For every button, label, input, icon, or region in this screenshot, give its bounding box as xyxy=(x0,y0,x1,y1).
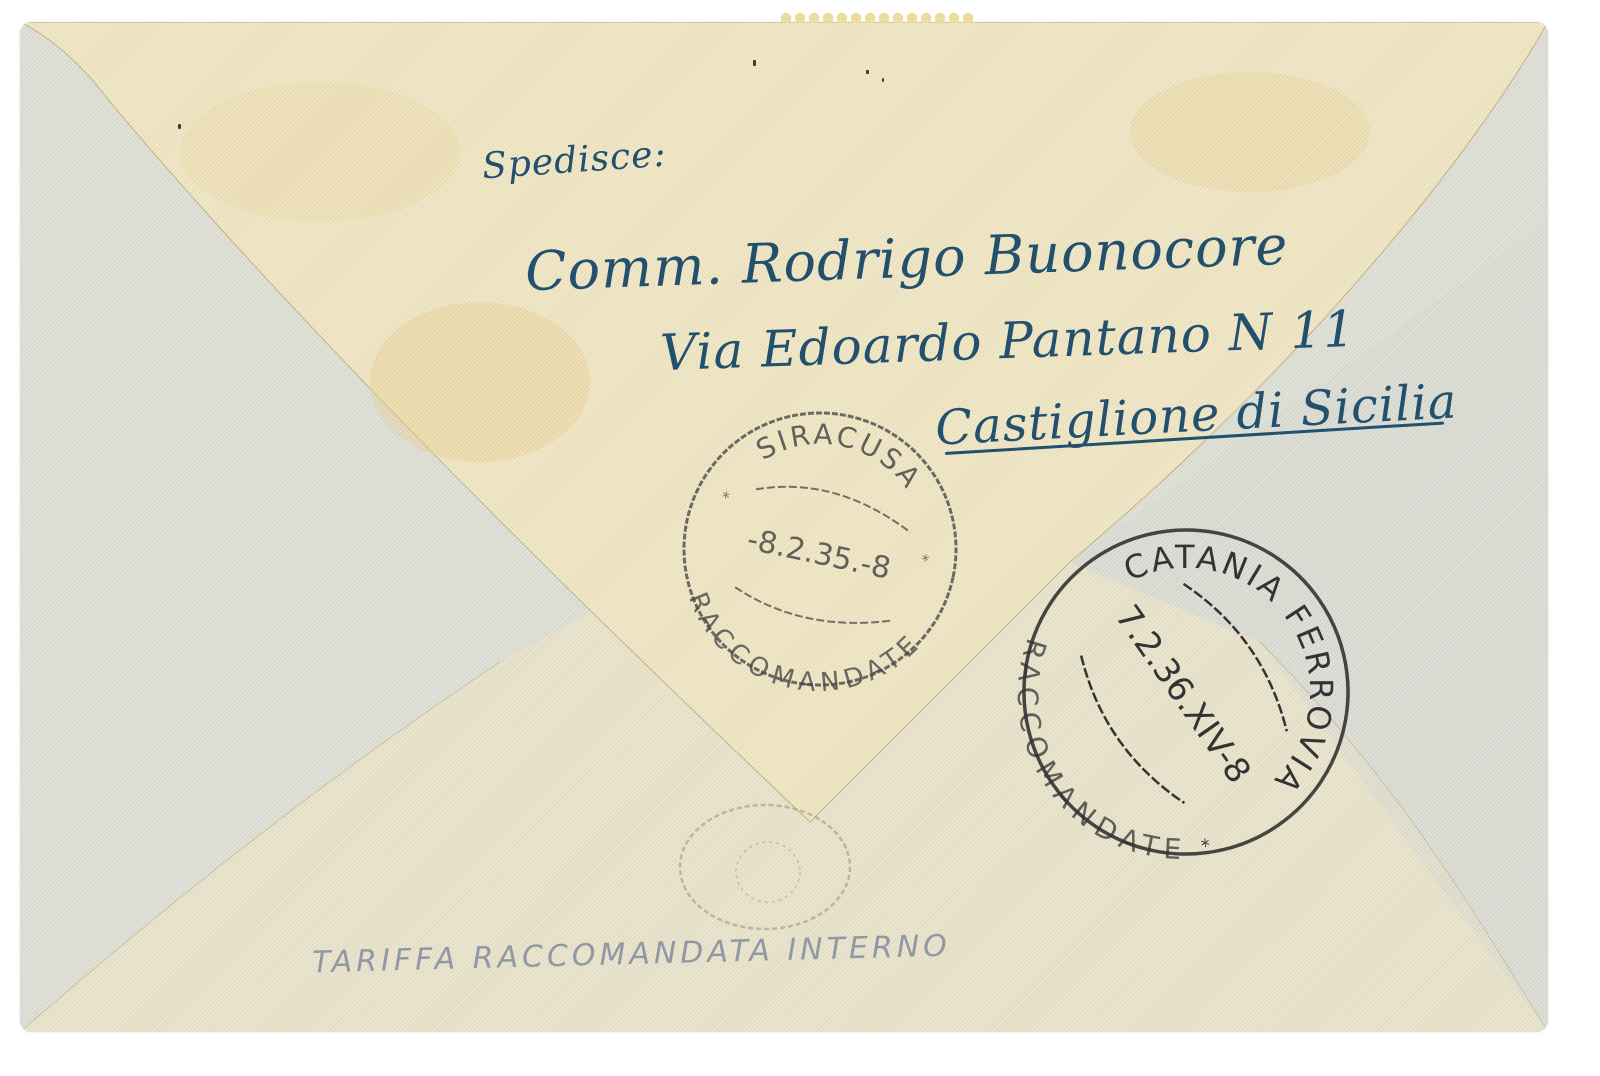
postmark-bottom-text: RACCOMANDATE xyxy=(675,583,929,694)
postmark-top-text: SIRACUSA xyxy=(745,404,936,500)
ink-speck xyxy=(178,124,181,129)
postmark-catania-ferrovia: CATANIA FERROVIA RACCOMANDATE 7.2.36.XIV… xyxy=(1016,522,1356,862)
envelope-back: Spedisce: Comm. Rodrigo Buonocore Via Ed… xyxy=(20,22,1548,1032)
postmark-siracusa: SIRACUSA RACCOMANDATE -8.2.35.-8 * * xyxy=(675,404,965,694)
postmark-date: -8.2.35.-8 xyxy=(744,522,894,587)
svg-text:*: * xyxy=(919,550,931,570)
ink-speck xyxy=(882,78,884,82)
ink-speck xyxy=(866,70,869,74)
postmark-date: 7.2.36.XIV-8 xyxy=(1107,598,1259,791)
postmark-faint-oval xyxy=(670,792,860,942)
stamp-perforation-fragment xyxy=(780,12,975,24)
svg-text:SIRACUSA: SIRACUSA xyxy=(745,404,936,500)
svg-text:RACCOMANDATE: RACCOMANDATE xyxy=(675,583,929,694)
ink-speck xyxy=(753,60,756,66)
svg-text:*: * xyxy=(720,488,732,508)
